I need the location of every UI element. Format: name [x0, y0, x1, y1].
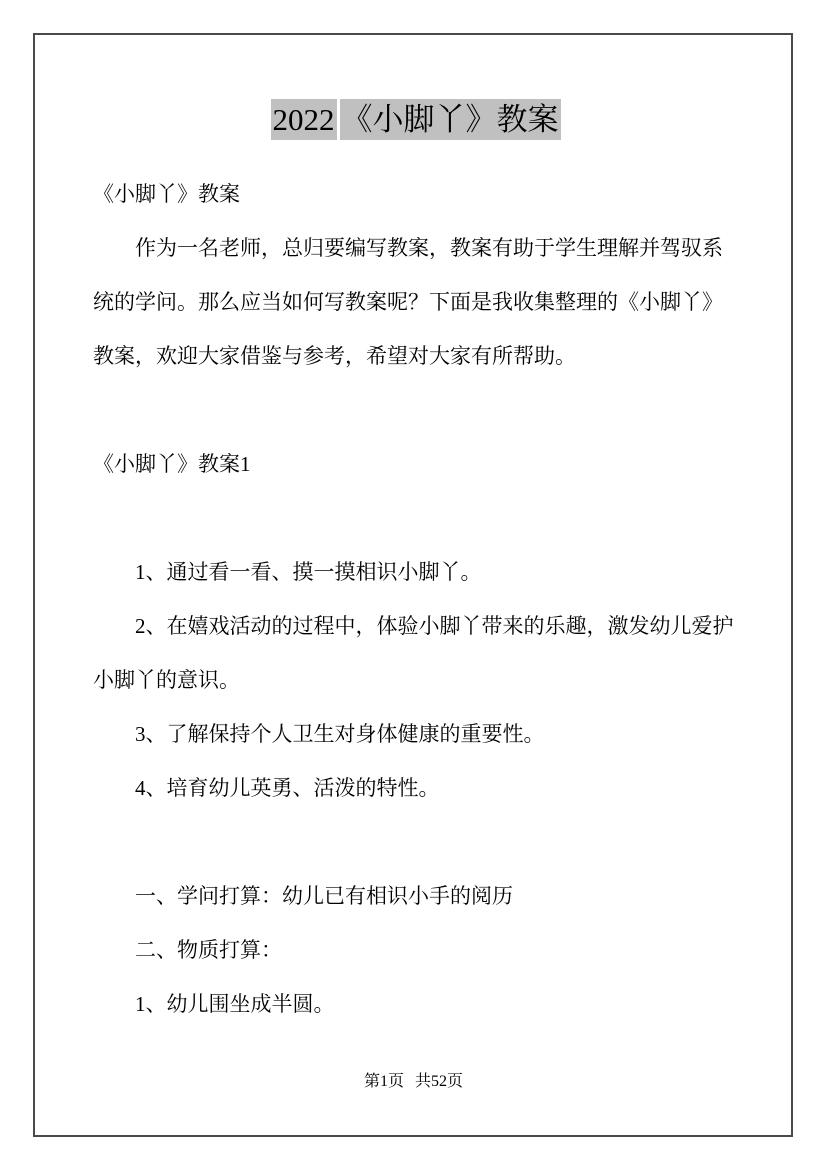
paragraph: 作为一名老师，总归要编写教案，教案有助于学生理解并驾驭系统的学问。那么应当如何写…	[93, 221, 738, 383]
document-title: 2022《小脚丫》教案	[93, 85, 738, 155]
footer-current-page: 第1页	[364, 1073, 404, 1090]
paragraph: 1、幼儿围坐成半圆。	[93, 977, 738, 1031]
document-content: 2022《小脚丫》教案 《小脚丫》教案 作为一名老师，总归要编写教案，教案有助于…	[93, 85, 738, 1031]
title-name-highlight: 《小脚丫》教案	[340, 99, 561, 140]
paragraph: 2、在嬉戏活动的过程中，体验小脚丫带来的乐趣，激发幼儿爱护小脚丫的意识。	[93, 599, 738, 707]
document-page: 2022《小脚丫》教案 《小脚丫》教案 作为一名老师，总归要编写教案，教案有助于…	[0, 0, 827, 1170]
paragraph: 二、物质打算：	[93, 923, 738, 977]
paragraph: 4、培育幼儿英勇、活泼的特性。	[93, 761, 738, 815]
title-year-highlight: 2022	[271, 99, 337, 140]
paragraph: 3、了解保持个人卫生对身体健康的重要性。	[93, 707, 738, 761]
paragraph-section-heading: 《小脚丫》教案1	[93, 437, 738, 491]
paragraph: 一、学问打算：幼儿已有相识小手的阅历	[93, 869, 738, 923]
footer-total-pages: 共52页	[415, 1073, 463, 1090]
page-footer: 第1页共52页	[0, 1072, 827, 1092]
paragraph-heading: 《小脚丫》教案	[93, 167, 738, 221]
paragraph-blank	[93, 383, 738, 437]
paragraph: 1、通过看一看、摸一摸相识小脚丫。	[93, 545, 738, 599]
paragraph-blank	[93, 491, 738, 545]
paragraph-blank	[93, 815, 738, 869]
